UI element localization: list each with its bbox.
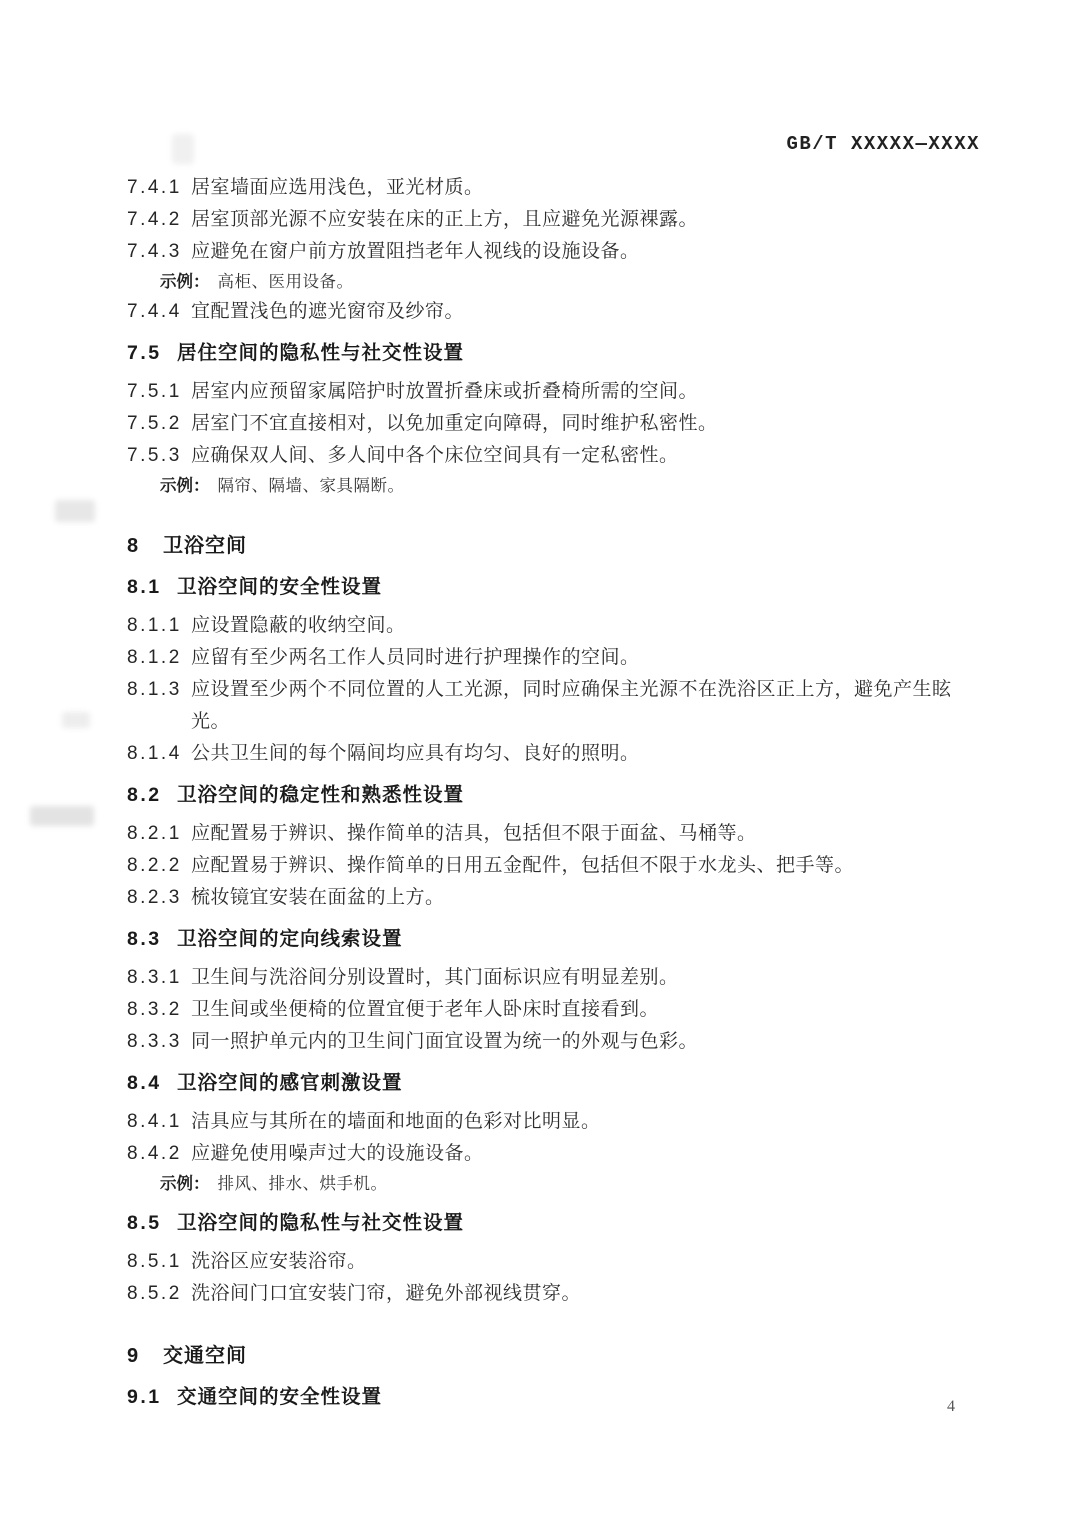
chapter-number: 9	[127, 1340, 163, 1372]
clause-text: 卫生间与洗浴间分别设置时，其门面标识应有明显差别。	[191, 962, 679, 994]
clause-number: 8.1.4	[127, 738, 191, 770]
section-number: 8.3	[127, 924, 177, 954]
chapter-heading: 9 交通空间	[127, 1340, 985, 1372]
clause: 7.5.1 居室内应预留家属陪护时放置折叠床或折叠椅所需的空间。	[127, 376, 985, 408]
section-heading: 7.5 居住空间的隐私性与社交性设置	[127, 338, 985, 368]
clause: 7.4.3 应避免在窗户前方放置阻挡老年人视线的设施设备。	[127, 236, 985, 268]
clause: 8.2.3 梳妆镜宜安装在面盆的上方。	[127, 882, 985, 914]
section-number: 8.4	[127, 1068, 177, 1098]
example-text: 隔帘、隔墙、家具隔断。	[218, 472, 405, 500]
section-title: 卫浴空间的安全性设置	[177, 572, 382, 602]
document-page: GB/T XXXXX—XXXX 7.4.1 居室墙面应选用浅色，亚光材质。 7.…	[0, 0, 1080, 1526]
clause: 8.1.2 应留有至少两名工作人员同时进行护理操作的空间。	[127, 642, 985, 674]
clause: 8.4.1 洁具应与其所在的墙面和地面的色彩对比明显。	[127, 1106, 985, 1138]
chapter-heading: 8 卫浴空间	[127, 530, 985, 562]
example-label: 示例：	[160, 268, 210, 296]
clause: 7.5.2 居室门不宜直接相对，以免加重定向障碍，同时维护私密性。	[127, 408, 985, 440]
section-number: 7.5	[127, 338, 177, 368]
clause-text: 居室墙面应选用浅色，亚光材质。	[191, 172, 484, 204]
clause-number: 7.5.1	[127, 376, 191, 408]
example-label: 示例：	[160, 472, 210, 500]
clause-text: 公共卫生间的每个隔间均应具有均匀、良好的照明。	[191, 738, 640, 770]
clause-text: 洁具应与其所在的墙面和地面的色彩对比明显。	[191, 1106, 601, 1138]
example-note: 示例： 隔帘、隔墙、家具隔断。	[127, 472, 985, 500]
section-title: 交通空间的安全性设置	[177, 1382, 382, 1412]
section-title: 卫浴空间的定向线索设置	[177, 924, 403, 954]
section-heading: 8.4 卫浴空间的感官刺激设置	[127, 1068, 985, 1098]
chapter-title: 卫浴空间	[163, 530, 247, 562]
example-text: 排风、排水、烘手机。	[218, 1170, 388, 1198]
example-text: 高柜、医用设备。	[218, 268, 354, 296]
clause: 7.4.1 居室墙面应选用浅色，亚光材质。	[127, 172, 985, 204]
section-number: 9.1	[127, 1382, 177, 1412]
clause-text: 洗浴区应安装浴帘。	[191, 1246, 367, 1278]
clause-text: 应确保双人间、多人间中各个床位空间具有一定私密性。	[191, 440, 679, 472]
clause-text: 居室内应预留家属陪护时放置折叠床或折叠椅所需的空间。	[191, 376, 698, 408]
example-note: 示例： 排风、排水、烘手机。	[127, 1170, 985, 1198]
clause-text: 应留有至少两名工作人员同时进行护理操作的空间。	[191, 642, 640, 674]
section-heading: 8.5 卫浴空间的隐私性与社交性设置	[127, 1208, 985, 1238]
clause-number: 7.4.3	[127, 236, 191, 268]
clause-number: 8.4.1	[127, 1106, 191, 1138]
clause: 7.4.2 居室顶部光源不应安装在床的正上方，且应避免光源裸露。	[127, 204, 985, 236]
clause: 8.5.1 洗浴区应安装浴帘。	[127, 1246, 985, 1278]
clause-number: 8.2.3	[127, 882, 191, 914]
clause-number: 8.3.3	[127, 1026, 191, 1058]
clause: 8.2.1 应配置易于辨识、操作简单的洁具，包括但不限于面盆、马桶等。	[127, 818, 985, 850]
clause-text: 洗浴间门口宜安装门帘，避免外部视线贯穿。	[191, 1278, 581, 1310]
example-note: 示例： 高柜、医用设备。	[127, 268, 985, 296]
section-number: 8.5	[127, 1208, 177, 1238]
standard-number-header: GB/T XXXXX—XXXX	[786, 133, 980, 155]
section-number: 8.2	[127, 780, 177, 810]
section-title: 居住空间的隐私性与社交性设置	[177, 338, 464, 368]
section-number: 8.1	[127, 572, 177, 602]
clause-number: 7.5.2	[127, 408, 191, 440]
clause: 8.1.1 应设置隐蔽的收纳空间。	[127, 610, 985, 642]
section-title: 卫浴空间的稳定性和熟悉性设置	[177, 780, 464, 810]
clause-text: 应设置隐蔽的收纳空间。	[191, 610, 406, 642]
clause: 8.2.2 应配置易于辨识、操作简单的日用五金配件，包括但不限于水龙头、把手等。	[127, 850, 985, 882]
clause-number: 7.4.2	[127, 204, 191, 236]
clause-number: 7.4.1	[127, 172, 191, 204]
clause: 8.4.2 应避免使用噪声过大的设施设备。	[127, 1138, 985, 1170]
clause-text: 应避免使用噪声过大的设施设备。	[191, 1138, 484, 1170]
clause-number: 8.4.2	[127, 1138, 191, 1170]
section-heading: 9.1 交通空间的安全性设置	[127, 1382, 985, 1412]
clause-text: 同一照护单元内的卫生间门面宜设置为统一的外观与色彩。	[191, 1026, 698, 1058]
clause: 8.1.4 公共卫生间的每个隔间均应具有均匀、良好的照明。	[127, 738, 985, 770]
clause-number: 8.1.1	[127, 610, 191, 642]
clause-text: 居室门不宜直接相对，以免加重定向障碍，同时维护私密性。	[191, 408, 718, 440]
clause-text: 应避免在窗户前方放置阻挡老年人视线的设施设备。	[191, 236, 640, 268]
clause-text: 应设置至少两个不同位置的人工光源，同时应确保主光源不在洗浴区正上方，避免产生眩光…	[191, 674, 985, 738]
clause-text: 居室顶部光源不应安装在床的正上方，且应避免光源裸露。	[191, 204, 698, 236]
section-heading: 8.3 卫浴空间的定向线索设置	[127, 924, 985, 954]
clause-text: 宜配置浅色的遮光窗帘及纱帘。	[191, 296, 464, 328]
clause: 8.1.3 应设置至少两个不同位置的人工光源，同时应确保主光源不在洗浴区正上方，…	[127, 674, 985, 738]
clause-number: 8.3.1	[127, 962, 191, 994]
section-heading: 8.1 卫浴空间的安全性设置	[127, 572, 985, 602]
scan-smudge	[55, 500, 95, 522]
section-title: 卫浴空间的隐私性与社交性设置	[177, 1208, 464, 1238]
section-title: 卫浴空间的感官刺激设置	[177, 1068, 403, 1098]
scan-smudge	[172, 134, 194, 164]
clause-number: 8.3.2	[127, 994, 191, 1026]
clause-number: 8.1.3	[127, 674, 191, 706]
scan-smudge	[62, 712, 90, 728]
scan-smudge	[30, 806, 94, 826]
clause-number: 8.5.2	[127, 1278, 191, 1310]
chapter-title: 交通空间	[163, 1340, 247, 1372]
document-body: 7.4.1 居室墙面应选用浅色，亚光材质。 7.4.2 居室顶部光源不应安装在床…	[127, 172, 985, 1420]
clause: 8.5.2 洗浴间门口宜安装门帘，避免外部视线贯穿。	[127, 1278, 985, 1310]
clause-text: 应配置易于辨识、操作简单的洁具，包括但不限于面盆、马桶等。	[191, 818, 757, 850]
clause-text: 应配置易于辨识、操作简单的日用五金配件，包括但不限于水龙头、把手等。	[191, 850, 854, 882]
clause-number: 8.1.2	[127, 642, 191, 674]
clause-text: 梳妆镜宜安装在面盆的上方。	[191, 882, 445, 914]
clause-number: 7.4.4	[127, 296, 191, 328]
clause: 8.3.2 卫生间或坐便椅的位置宜便于老年人卧床时直接看到。	[127, 994, 985, 1026]
section-heading: 8.2 卫浴空间的稳定性和熟悉性设置	[127, 780, 985, 810]
clause-text: 卫生间或坐便椅的位置宜便于老年人卧床时直接看到。	[191, 994, 659, 1026]
clause: 7.5.3 应确保双人间、多人间中各个床位空间具有一定私密性。	[127, 440, 985, 472]
clause-number: 8.2.2	[127, 850, 191, 882]
clause-number: 7.5.3	[127, 440, 191, 472]
clause: 8.3.3 同一照护单元内的卫生间门面宜设置为统一的外观与色彩。	[127, 1026, 985, 1058]
chapter-number: 8	[127, 530, 163, 562]
page-number: 4	[947, 1398, 955, 1416]
clause: 7.4.4 宜配置浅色的遮光窗帘及纱帘。	[127, 296, 985, 328]
clause: 8.3.1 卫生间与洗浴间分别设置时，其门面标识应有明显差别。	[127, 962, 985, 994]
clause-number: 8.5.1	[127, 1246, 191, 1278]
example-label: 示例：	[160, 1170, 210, 1198]
clause-number: 8.2.1	[127, 818, 191, 850]
